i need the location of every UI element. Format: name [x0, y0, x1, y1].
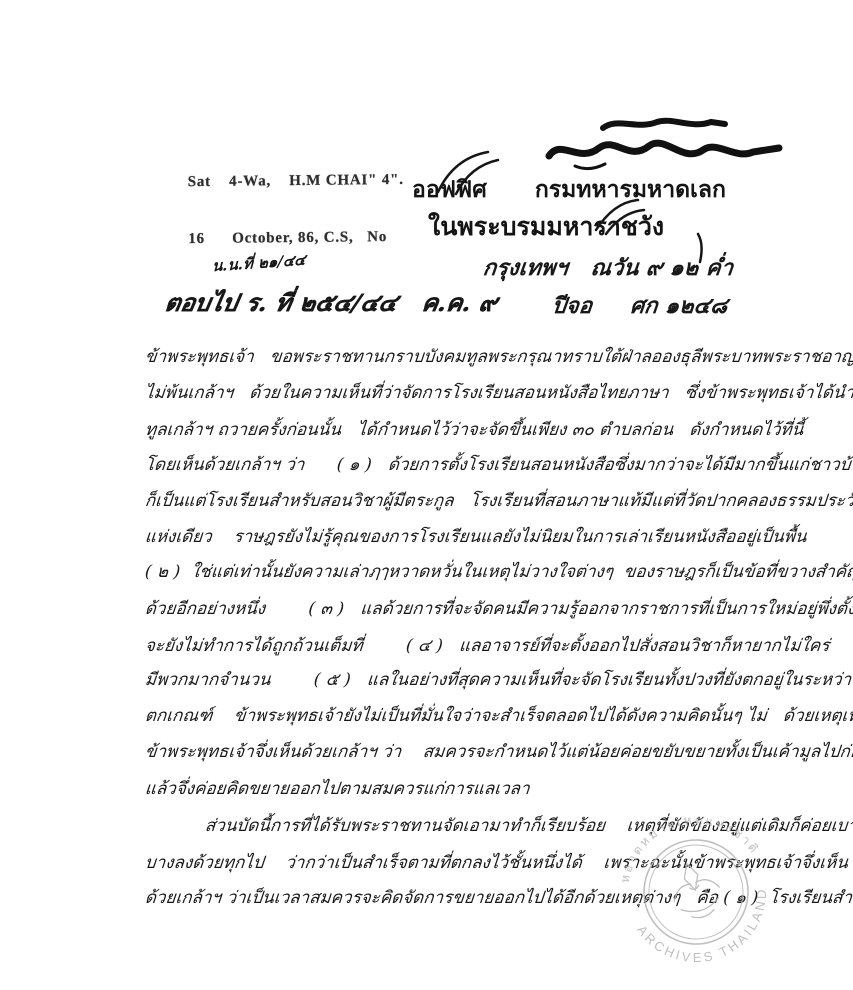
- body-line-4: โดยเห็นด้วยเกล้าฯ ว่า ( ๑ ) ด้วยการตั้งโ…: [144, 451, 806, 478]
- registry-reply-note: ตอบไป ร. ที่ ๒๕๔/๔๔ ค.ค. ๙: [162, 283, 501, 322]
- body-line-11: ตกเกณฑ์ ข้าพระพุทธเจ้ายังไม่เป็นที่มั่นใ…: [144, 702, 806, 729]
- body-line-7: ( ๒ ) ใช่แต่เท่านั้นยังความเล่าฦๅหวาดหวั…: [144, 558, 806, 585]
- scanned-letter-page: Sat 4-Wa, H.M CHAI" 4". 16 October, 86, …: [0, 0, 853, 990]
- body-line-12: ข้าพระพุทธเจ้าจึ่งเห็นด้วยเกล้าฯ ว่า สมค…: [144, 738, 806, 765]
- body-line-1: ข้าพระพุทธเจ้า ขอพระราชทานกราบบังคมทูลพร…: [144, 343, 806, 370]
- body-line-9: จะยังไม่ทำการได้ถูกถ้วนเต็มที่ ( ๔ ) แลอ…: [144, 632, 806, 659]
- stamp-line-1: Sat 4-Wa, H.M CHAI" 4".: [188, 171, 404, 192]
- svg-text:ARCHIVES THAILAND: ARCHIVES THAILAND: [633, 882, 787, 983]
- garuda-emblem-icon: [664, 856, 727, 924]
- national-archives-seal: หอจดหมายเหตุแห่งชาติ ARCHIVES THAILAND: [596, 800, 806, 990]
- stamp-line-2: 16 October, 86, C.S, No: [188, 228, 404, 249]
- svg-text:หอจดหมายเหตุแห่งชาติ: หอจดหมายเหตุแห่งชาติ: [604, 800, 764, 899]
- body-line-10: มีพวกมากจำนวน ( ๕ ) แลในอย่างที่สุดความเ…: [144, 666, 806, 693]
- body-line-5: ก็เป็นแต่โรงเรียนสำหรับสอนวิชาผู้มีตระกู…: [144, 487, 806, 514]
- dateline-city-date: กรุงเทพฯ ณวัน ๙ ๑๒ ค่ำ: [481, 250, 735, 285]
- body-line-2: ไม่พ้นเกล้าฯ ด้วยในความเห็นที่ว่าจัดการโ…: [144, 379, 806, 406]
- dateline-year: ปีจอ ศก ๑๒๔๘: [550, 288, 729, 323]
- body-line-13: แล้วจึ่งค่อยคิดขยายออกไปตามสมควรแก่การแล…: [144, 775, 531, 802]
- seal-english-text: ARCHIVES THAILAND: [633, 882, 787, 983]
- body-line-6: แห่งเดียว ราษฎรยังไม่รู้คุณของการโรงเรีย…: [144, 523, 806, 550]
- body-line-8: ด้วยอีกอย่างหนึ่ง ( ๓ ) แลด้วยการที่จะจั…: [144, 595, 806, 622]
- seal-thai-text: หอจดหมายเหตุแห่งชาติ: [604, 800, 764, 899]
- body-line-3: ทูลเกล้าฯ ถวายครั้งก่อนนั้น ได้กำหนดไว้ว…: [144, 416, 805, 443]
